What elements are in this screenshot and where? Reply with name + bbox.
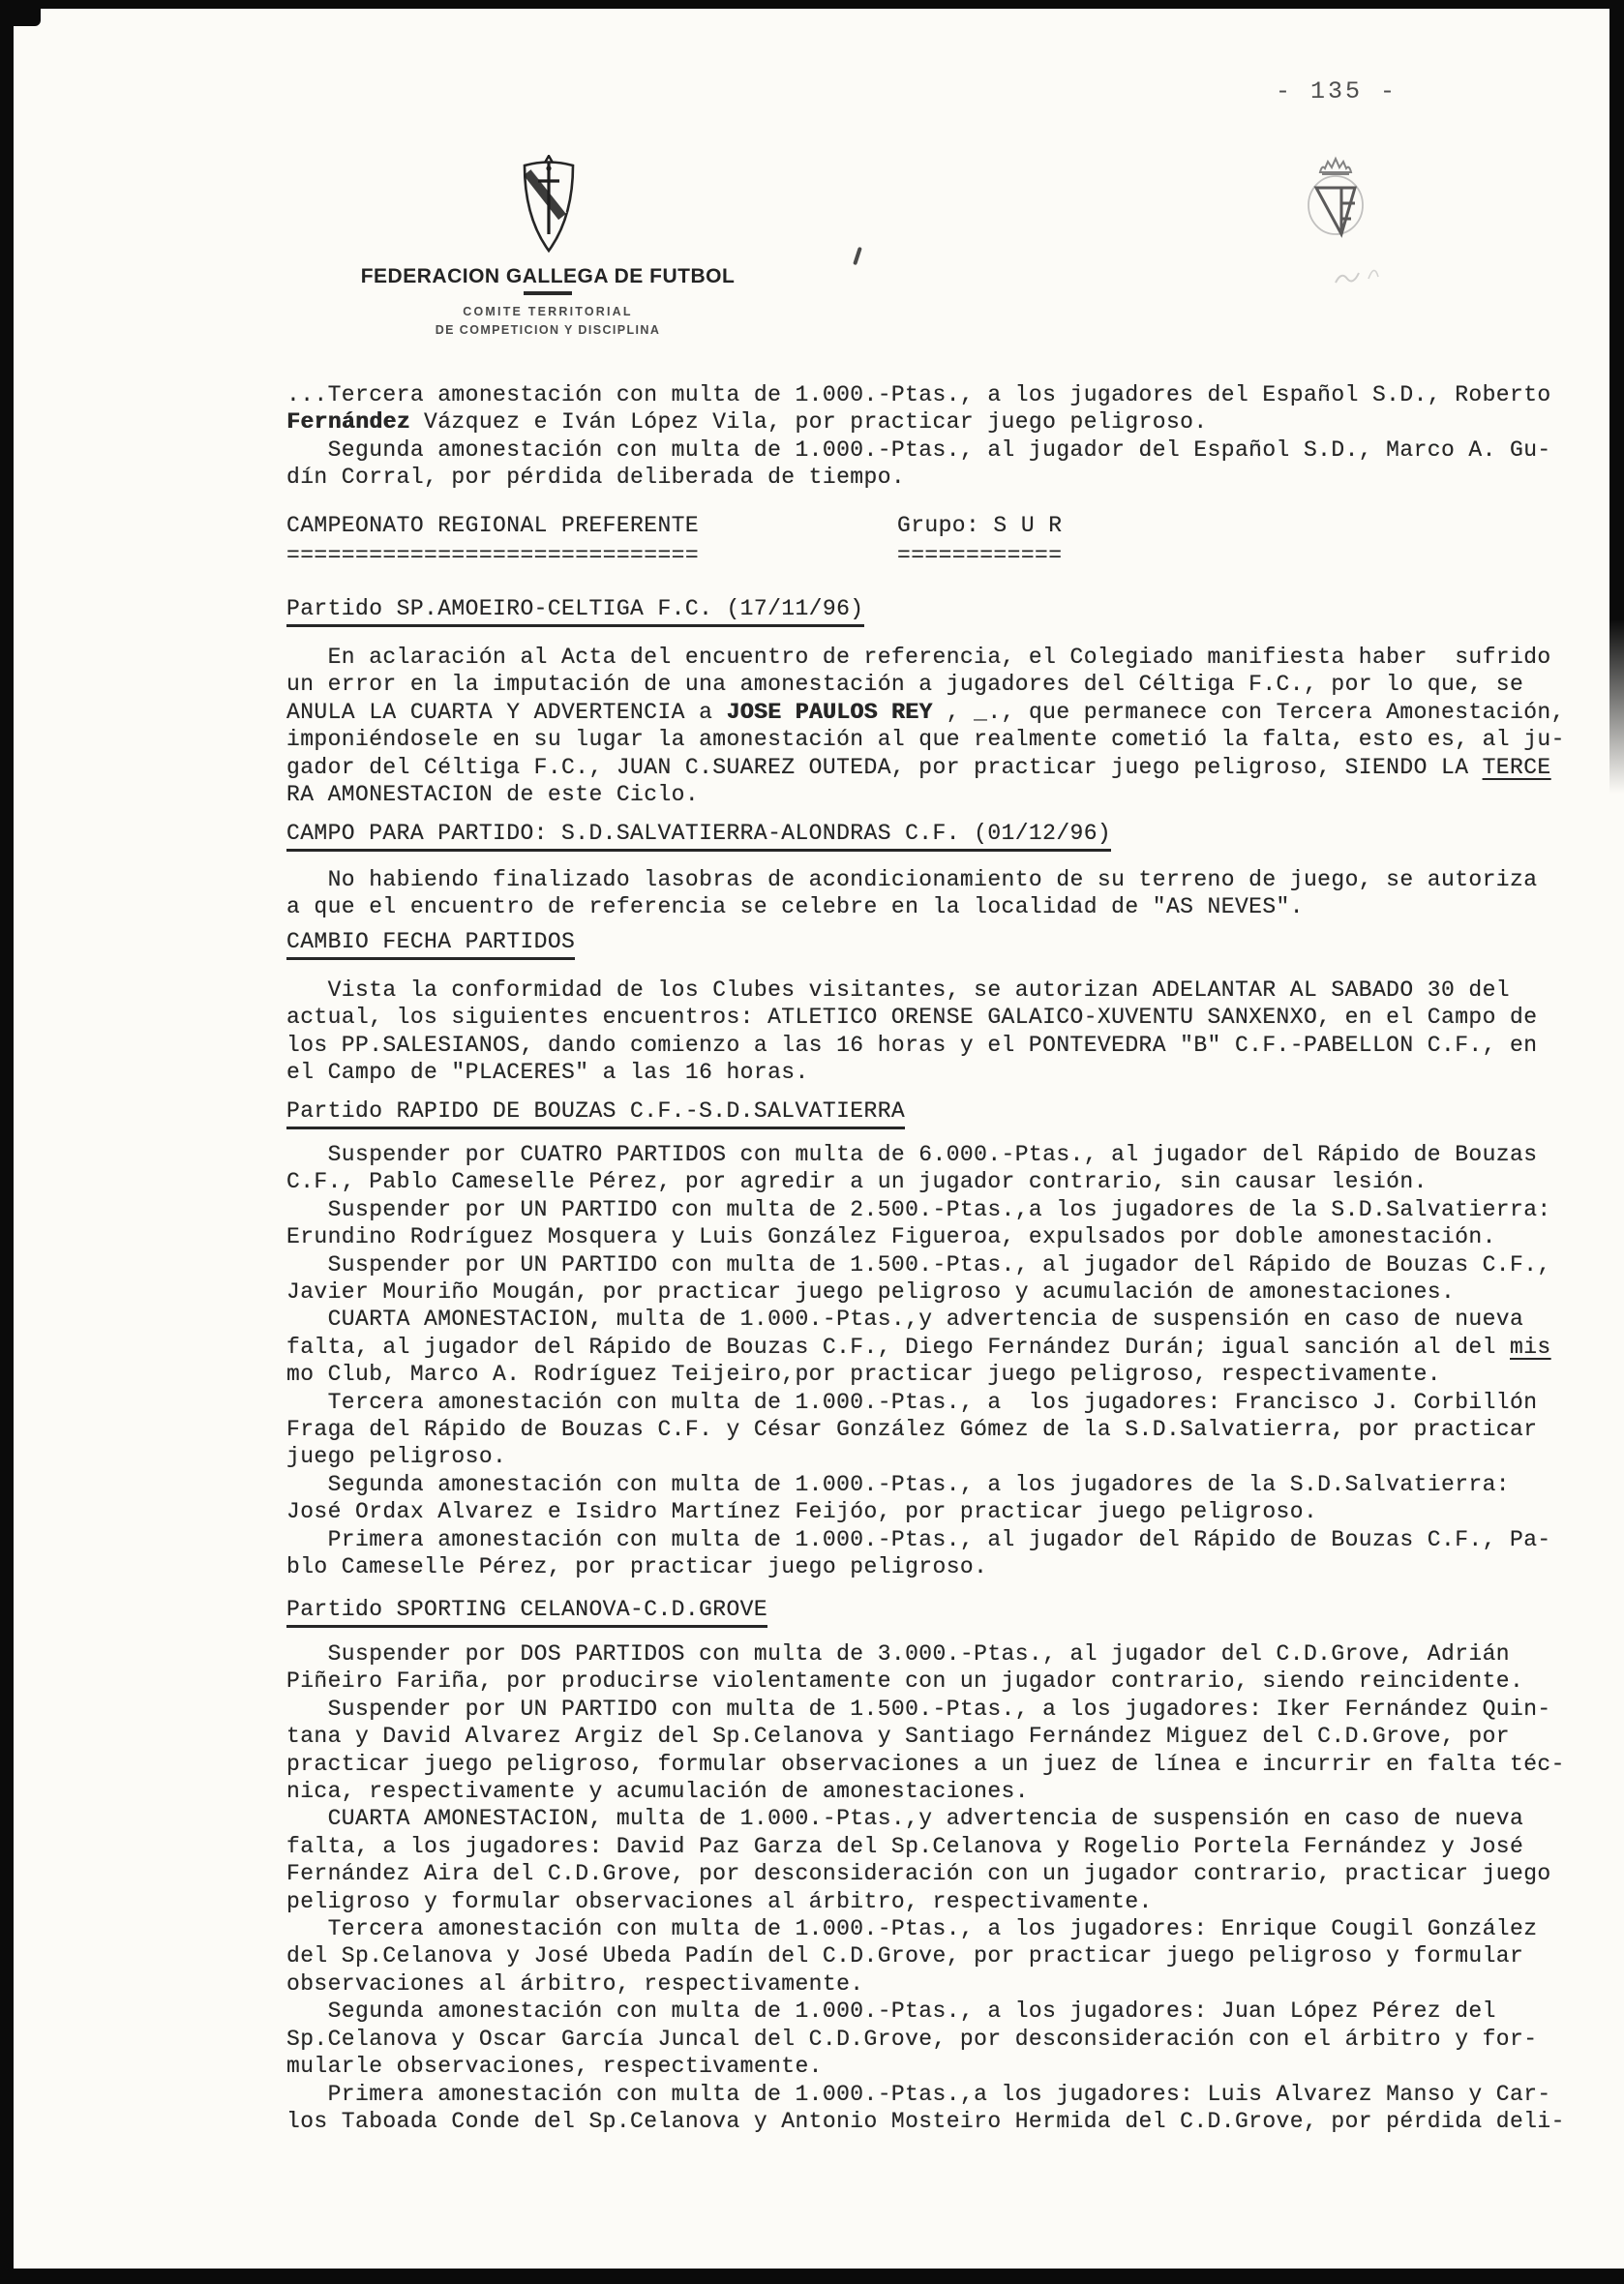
- text-line: imponiéndosele en su lugar la amonestaci…: [286, 726, 1565, 753]
- competition-title-underline: ==============================: [286, 542, 699, 569]
- text-line: ANULA LA CUARTA Y ADVERTENCIA a JOSE PAU…: [286, 699, 1565, 726]
- text-line: del Sp.Celanova y José Ubeda Padín del C…: [286, 1942, 1565, 1969]
- text-line: nica, respectivamente y acumulación de a…: [286, 1778, 1565, 1805]
- text-line: a que el encuentro de referencia se cele…: [286, 893, 1537, 920]
- text-line: gador del Céltiga F.C., JUAN C.SUAREZ OU…: [286, 754, 1565, 781]
- text-line: Piñeiro Fariña, por producirse violentam…: [286, 1668, 1565, 1695]
- text-line: Fernández Aira del C.D.Grove, por descon…: [286, 1860, 1565, 1887]
- text-line: mo Club, Marco A. Rodríguez Teijeiro,por…: [286, 1361, 1551, 1388]
- competition-group-underline: ============: [897, 542, 1062, 569]
- text-line: Suspender por UN PARTIDO con multa de 1.…: [286, 1251, 1551, 1278]
- text-line: actual, los siguientes encuentros: ATLET…: [286, 1004, 1537, 1031]
- text-line: En aclaración al Acta del encuentro de r…: [286, 644, 1565, 671]
- section-heading-campo-para-partido: CAMPO PARA PARTIDO: S.D.SALVATIERRA-ALON…: [286, 821, 1111, 852]
- text-line: Primera amonestación con multa de 1.000.…: [286, 2081, 1565, 2108]
- intro-paragraphs: ...Tercera amonestación con multa de 1.0…: [286, 381, 1551, 492]
- section-heading-cambio-fecha: CAMBIO FECHA PARTIDOS: [286, 929, 575, 960]
- section-heading-rapido-salvatierra: Partido RAPIDO DE BOUZAS C.F.-S.D.SALVAT…: [286, 1098, 905, 1129]
- section-body-cambio-fecha: Vista la conformidad de los Clubes visit…: [286, 977, 1537, 1087]
- federation-shield-icon: [518, 155, 580, 255]
- text-line: Javier Mouriño Mougán, por practicar jue…: [286, 1278, 1551, 1306]
- text-line: mularle observaciones, respectivamente.: [286, 2053, 1565, 2080]
- section-body-campo-para-partido: No habiendo finalizado lasobras de acond…: [286, 866, 1537, 921]
- scanned-document-page: - 135 - FEDERACION GALLEGA DE FUTBOL COM…: [0, 0, 1624, 2284]
- section-heading-amoeiro-celtiga: Partido SP.AMOEIRO-CELTIGA F.C. (17/11/9…: [286, 596, 864, 627]
- competition-group: Grupo: S U R: [897, 512, 1062, 539]
- text-line: juego peligroso.: [286, 1443, 1551, 1470]
- page-number: - 135 -: [1276, 77, 1398, 105]
- text-line: José Ordax Alvarez e Isidro Martínez Fei…: [286, 1498, 1551, 1525]
- letterhead-org-name: FEDERACION GALLEGA DE FUTBOL: [361, 265, 736, 288]
- text-line: ...Tercera amonestación con multa de 1.0…: [286, 381, 1551, 408]
- letterhead-committee-line2: DE COMPETICION Y DISCIPLINA: [436, 323, 661, 337]
- text-line: tana y David Alvarez Argiz del Sp.Celano…: [286, 1723, 1565, 1750]
- section-heading-celanova-grove: Partido SPORTING CELANOVA-C.D.GROVE: [286, 1597, 767, 1628]
- scan-border-left: [0, 0, 14, 2284]
- text-line: Primera amonestación con multa de 1.000.…: [286, 1526, 1551, 1553]
- text-line: practicar juego peligroso, formular obse…: [286, 1751, 1565, 1778]
- section-body-celanova-grove: Suspender por DOS PARTIDOS con multa de …: [286, 1640, 1565, 2135]
- text-line: los PP.SALESIANOS, dando comienzo a las …: [286, 1032, 1537, 1059]
- text-line: falta, al jugador del Rápido de Bouzas C…: [286, 1334, 1551, 1361]
- section-body-amoeiro-celtiga: En aclaración al Acta del encuentro de r…: [286, 644, 1565, 808]
- text-line: Suspender por UN PARTIDO con multa de 1.…: [286, 1696, 1565, 1723]
- scan-border-bottom: [0, 2269, 1624, 2284]
- competition-title: CAMPEONATO REGIONAL PREFERENTE: [286, 512, 699, 539]
- text-line: Segunda amonestación con multa de 1.000.…: [286, 436, 1551, 464]
- text-line: Suspender por UN PARTIDO con multa de 2.…: [286, 1196, 1551, 1223]
- text-line: Sp.Celanova y Oscar García Juncal del C.…: [286, 2026, 1565, 2053]
- scan-border-corner: [0, 0, 41, 26]
- text-line: los Taboada Conde del Sp.Celanova y Anto…: [286, 2108, 1565, 2135]
- section-body-rapido-salvatierra: Suspender por CUATRO PARTIDOS con multa …: [286, 1141, 1551, 1581]
- text-line: Tercera amonestación con multa de 1.000.…: [286, 1915, 1565, 1942]
- federation-crest-stamp-icon: [1299, 153, 1372, 246]
- text-line: peligroso y formular observaciones al ár…: [286, 1888, 1565, 1915]
- letterhead-committee-line1: COMITE TERRITORIAL: [463, 305, 632, 318]
- text-line: Vista la conformidad de los Clubes visit…: [286, 977, 1537, 1004]
- text-line: Segunda amonestación con multa de 1.000.…: [286, 1998, 1565, 2025]
- text-line: RA AMONESTACION de este Ciclo.: [286, 781, 1565, 808]
- text-line: Erundino Rodríguez Mosquera y Luis Gonzá…: [286, 1223, 1551, 1250]
- text-line: blo Cameselle Pérez, por practicar juego…: [286, 1553, 1551, 1580]
- text-line: Segunda amonestación con multa de 1.000.…: [286, 1471, 1551, 1498]
- text-line: Suspender por DOS PARTIDOS con multa de …: [286, 1640, 1565, 1668]
- scan-smudge: [1330, 254, 1388, 292]
- scan-border-right: [1609, 0, 1624, 794]
- text-line: Fraga del Rápido de Bouzas C.F. y César …: [286, 1416, 1551, 1443]
- text-line: CUARTA AMONESTACION, multa de 1.000.-Pta…: [286, 1805, 1565, 1832]
- text-line: falta, a los jugadores: David Paz Garza …: [286, 1833, 1565, 1860]
- text-line: observaciones al árbitro, respectivament…: [286, 1970, 1565, 1998]
- text-line: el Campo de "PLACERES" a las 16 horas.: [286, 1059, 1537, 1086]
- text-line: Suspender por CUATRO PARTIDOS con multa …: [286, 1141, 1551, 1168]
- text-line: un error en la imputación de una amonest…: [286, 671, 1565, 698]
- scan-stray-mark: [853, 247, 862, 265]
- text-line: No habiendo finalizado lasobras de acond…: [286, 866, 1537, 893]
- scan-border-top: [0, 0, 1624, 9]
- text-line: dín Corral, por pérdida deliberada de ti…: [286, 464, 1551, 491]
- text-line: Fernández Vázquez e Iván López Vila, por…: [286, 408, 1551, 436]
- text-line: CUARTA AMONESTACION, multa de 1.000.-Pta…: [286, 1306, 1551, 1333]
- text-line: Tercera amonestación con multa de 1.000.…: [286, 1389, 1551, 1416]
- text-line: C.F., Pablo Cameselle Pérez, por agredir…: [286, 1168, 1551, 1195]
- letterhead-divider: [524, 291, 572, 295]
